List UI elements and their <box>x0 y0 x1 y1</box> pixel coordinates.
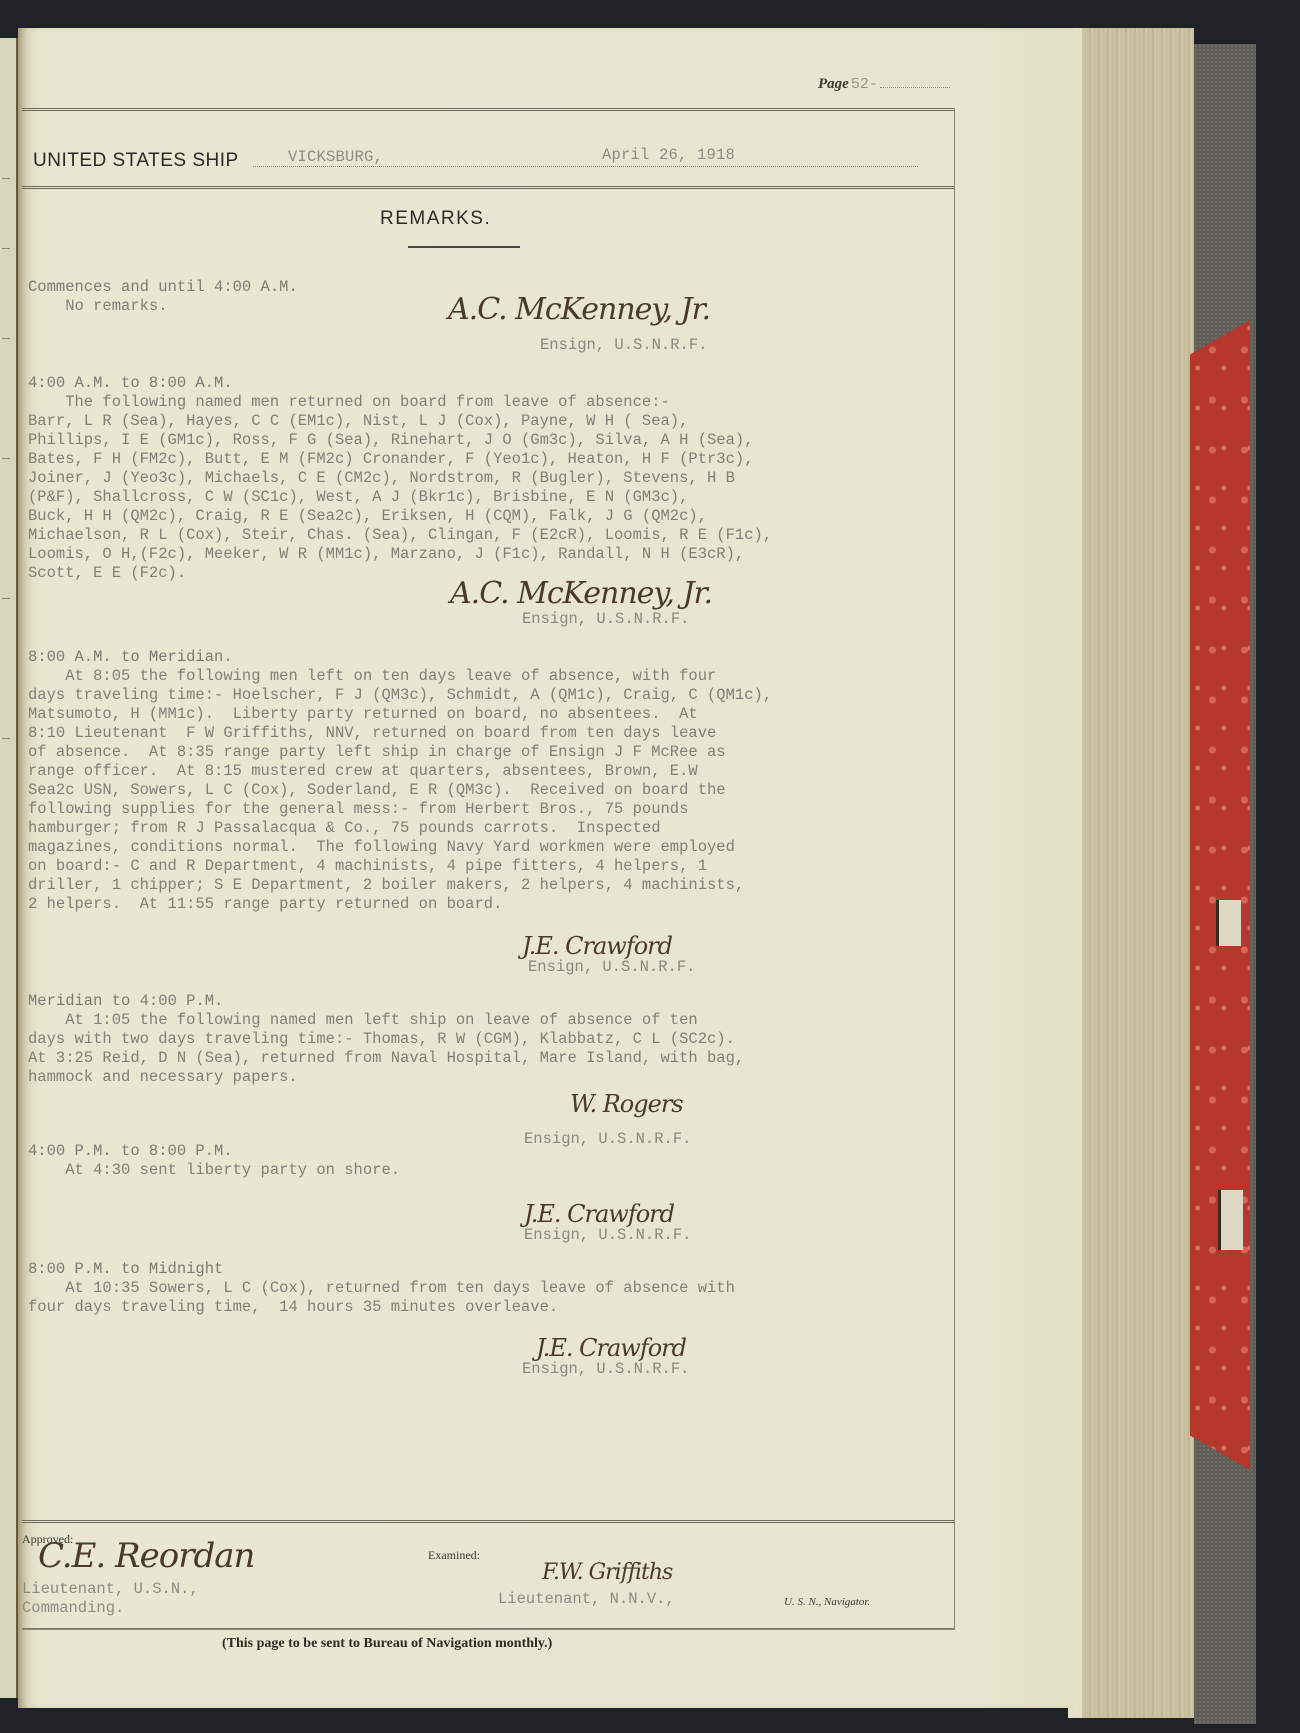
watch-entry: 8:00 A.M. to Meridian. At 8:05 the follo… <box>28 648 958 914</box>
entry-line: 8:10 Lieutenant F W Griffiths, NNV, retu… <box>28 724 958 743</box>
officer-signature: J.E. Crawford <box>524 1200 674 1228</box>
entry-line: four days traveling time, 14 hours 35 mi… <box>28 1298 958 1317</box>
torn-tab <box>1216 900 1241 946</box>
officer-rank: Ensign, U.S.N.R.F. <box>524 1226 691 1244</box>
watch-entry: 8:00 P.M. to Midnight At 10:35 Sowers, L… <box>28 1260 958 1317</box>
approved-rank: Lieutenant, U.S.N., Commanding. <box>22 1580 199 1618</box>
previous-page-edge <box>0 38 18 1698</box>
entry-line: driller, 1 chipper; S E Department, 2 bo… <box>28 876 958 895</box>
officer-rank: Ensign, U.S.N.R.F. <box>522 1360 689 1378</box>
ship-name: VICKSBURG, <box>288 148 383 166</box>
entry-line: Phillips, I E (GM1c), Ross, F G (Sea), R… <box>28 431 958 450</box>
entry-line: Barr, L R (Sea), Hayes, C C (EM1c), Nist… <box>28 412 958 431</box>
entry-line: Sea2c USN, Sowers, L C (Cox), Soderland,… <box>28 781 958 800</box>
watch-period: Meridian to 4:00 P.M. <box>28 992 958 1011</box>
watch-entry: Meridian to 4:00 P.M. At 1:05 the follow… <box>28 992 958 1087</box>
watch-period: 4:00 P.M. to 8:00 P.M. <box>28 1142 958 1161</box>
examined-rank: Lieutenant, N.N.V., <box>498 1590 675 1609</box>
entry-line: hamburger; from R J Passalacqua & Co., 7… <box>28 819 958 838</box>
book-cover-marbled-paper <box>1190 320 1250 1470</box>
bureau-note: (This page to be sent to Bureau of Navig… <box>222 1636 552 1652</box>
entry-line: on board:- C and R Department, 4 machini… <box>28 857 958 876</box>
entry-line: At 10:35 Sowers, L C (Cox), returned fro… <box>28 1279 958 1298</box>
examined-signature: F.W. Griffiths <box>542 1560 672 1585</box>
header-dotted-line <box>253 166 918 167</box>
page-number: Page52- <box>818 76 950 93</box>
entry-line: Loomis, O H,(F2c), Meeker, W R (MM1c), M… <box>28 545 958 564</box>
page-edge-stack <box>1068 28 1194 1718</box>
entry-line: following supplies for the general mess:… <box>28 800 958 819</box>
entry-line: days with two days traveling time:- Thom… <box>28 1030 958 1049</box>
approved-signature: C.E. Reordan <box>38 1536 254 1576</box>
remarks-title: REMARKS. <box>380 208 491 230</box>
officer-signature: A.C. McKenney, Jr. <box>450 576 712 611</box>
entry-line: Bates, F H (FM2c), Butt, E M (FM2c) Cron… <box>28 450 958 469</box>
entry-line: hammock and necessary papers. <box>28 1068 958 1087</box>
entry-line: (P&F), Shallcross, C W (SC1c), West, A J… <box>28 488 958 507</box>
navigator-label: U. S. N., Navigator. <box>784 1596 870 1608</box>
entry-line: 2 helpers. At 11:55 range party returned… <box>28 895 958 914</box>
officer-signature: W. Rogers <box>570 1090 683 1118</box>
watch-period: 8:00 A.M. to Meridian. <box>28 648 958 667</box>
entry-line: of absence. At 8:35 range party left shi… <box>28 743 958 762</box>
watch-entry: 4:00 P.M. to 8:00 P.M. At 4:30 sent libe… <box>28 1142 958 1180</box>
officer-signature: J.E. Crawford <box>536 1334 686 1362</box>
entry-line: range officer. At 8:15 mustered crew at … <box>28 762 958 781</box>
entry-line: The following named men returned on boar… <box>28 393 958 412</box>
header-rule <box>22 186 954 189</box>
officer-rank: Ensign, U.S.N.R.F. <box>522 610 689 628</box>
entry-line: At 4:30 sent liberty party on shore. <box>28 1161 958 1180</box>
watch-period: 8:00 P.M. to Midnight <box>28 1260 958 1279</box>
top-rule <box>22 108 954 111</box>
entry-line: Michaelson, R L (Cox), Steir, Chas. (Sea… <box>28 526 958 545</box>
examined-label: Examined: <box>428 1548 480 1563</box>
log-date: April 26, 1918 <box>602 146 735 164</box>
ship-label: UNITED STATES SHIP <box>33 150 239 172</box>
entry-line: days traveling time:- Hoelscher, F J (QM… <box>28 686 958 705</box>
page-number-value: 52- <box>851 76 878 93</box>
remarks-underline <box>408 246 520 248</box>
torn-tab <box>1218 1190 1243 1250</box>
entry-line: At 8:05 the following men left on ten da… <box>28 667 958 686</box>
footer-top-rule <box>22 1520 954 1523</box>
watch-period: 4:00 A.M. to 8:00 A.M. <box>28 374 958 393</box>
page-label: Page <box>818 76 849 92</box>
officer-signature: A.C. McKenney, Jr. <box>448 292 710 327</box>
entry-line: Buck, H H (QM2c), Craig, R E (Sea2c), Er… <box>28 507 958 526</box>
entry-line: At 3:25 Reid, D N (Sea), returned from N… <box>28 1049 958 1068</box>
officer-signature: J.E. Crawford <box>522 932 672 960</box>
approval-block: Approved: C.E. Reordan Lieutenant, U.S.N… <box>22 1524 954 1630</box>
entry-line: At 1:05 the following named men left shi… <box>28 1011 958 1030</box>
officer-rank: Ensign, U.S.N.R.F. <box>528 958 695 976</box>
entry-line: Joiner, J (Yeo3c), Michaels, C E (CM2c),… <box>28 469 958 488</box>
officer-rank: Ensign, U.S.N.R.F. <box>540 336 707 354</box>
entry-line: magazines, conditions normal. The follow… <box>28 838 958 857</box>
watch-entry: 4:00 A.M. to 8:00 A.M. The following nam… <box>28 374 958 583</box>
entry-line: Matsumoto, H (MM1c). Liberty party retur… <box>28 705 958 724</box>
